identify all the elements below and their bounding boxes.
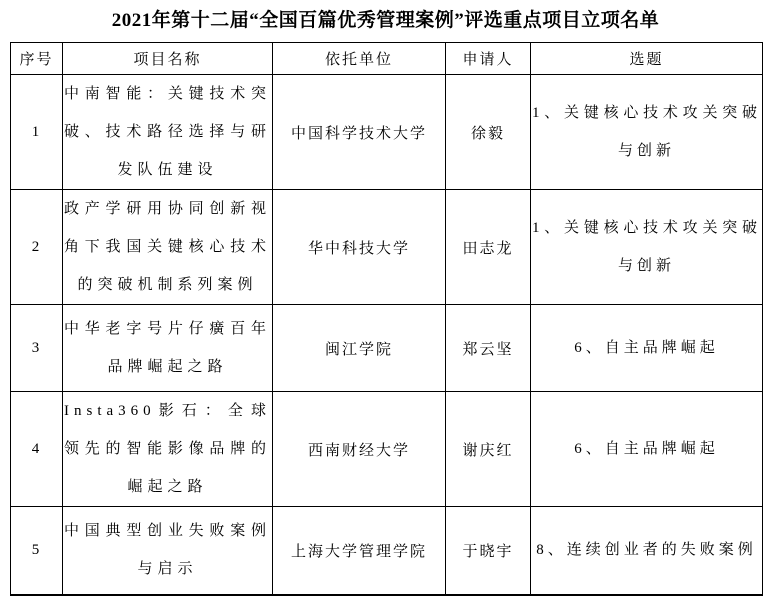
table-row: 4 Insta360影石：全球领先的智能影像品牌的崛起之路 西南财经大学 谢庆红… [11, 392, 763, 507]
project-name-cell: 中华老字号片仔癀百年品牌崛起之路 [63, 305, 273, 392]
unit-cell: 华中科技大学 [273, 190, 446, 305]
header-supporting-unit: 依托单位 [273, 43, 446, 75]
table-row: 3 中华老字号片仔癀百年品牌崛起之路 闽江学院 郑云坚 6、自主品牌崛起 [11, 305, 763, 392]
serial-cell: 1 [11, 75, 63, 190]
project-name-cell: 中国典型创业失败案例与启示 [63, 507, 273, 595]
topic-cell: 8、连续创业者的失败案例 [531, 507, 763, 595]
unit-cell: 西南财经大学 [273, 392, 446, 507]
topic-cell: 1、关键核心技术攻关突破与创新 [531, 190, 763, 305]
applicant-cell: 郑云坚 [446, 305, 531, 392]
document-page: 2021年第十二届“全国百篇优秀管理案例”评选重点项目立项名单 序号 项目名称 … [0, 0, 771, 596]
project-name-cell: 政产学研用协同创新视角下我国关键核心技术的突破机制系列案例 [63, 190, 273, 305]
applicant-cell: 田志龙 [446, 190, 531, 305]
table-row: 2 政产学研用协同创新视角下我国关键核心技术的突破机制系列案例 华中科技大学 田… [11, 190, 763, 305]
topic-cell: 1、关键核心技术攻关突破与创新 [531, 75, 763, 190]
project-name-cell: Insta360影石：全球领先的智能影像品牌的崛起之路 [63, 392, 273, 507]
serial-cell: 5 [11, 507, 63, 595]
table-row: 5 中国典型创业失败案例与启示 上海大学管理学院 于晓宇 8、连续创业者的失败案… [11, 507, 763, 595]
header-applicant: 申请人 [446, 43, 531, 75]
applicant-cell: 谢庆红 [446, 392, 531, 507]
unit-cell: 中国科学技术大学 [273, 75, 446, 190]
page-title: 2021年第十二届“全国百篇优秀管理案例”评选重点项目立项名单 [0, 9, 771, 32]
project-roster-table: 序号 项目名称 依托单位 申请人 选题 1 中南智能：关键技术突破、技术路径选择… [10, 42, 763, 596]
serial-cell: 2 [11, 190, 63, 305]
topic-cell: 6、自主品牌崛起 [531, 305, 763, 392]
applicant-cell: 于晓宇 [446, 507, 531, 595]
serial-cell: 3 [11, 305, 63, 392]
unit-cell: 上海大学管理学院 [273, 507, 446, 595]
serial-cell: 4 [11, 392, 63, 507]
topic-cell: 6、自主品牌崛起 [531, 392, 763, 507]
table-row: 1 中南智能：关键技术突破、技术路径选择与研发队伍建设 中国科学技术大学 徐毅 … [11, 75, 763, 190]
header-project-name: 项目名称 [63, 43, 273, 75]
header-serial: 序号 [11, 43, 63, 75]
header-row: 序号 项目名称 依托单位 申请人 选题 [11, 43, 763, 75]
project-name-cell: 中南智能：关键技术突破、技术路径选择与研发队伍建设 [63, 75, 273, 190]
header-topic: 选题 [531, 43, 763, 75]
unit-cell: 闽江学院 [273, 305, 446, 392]
applicant-cell: 徐毅 [446, 75, 531, 190]
